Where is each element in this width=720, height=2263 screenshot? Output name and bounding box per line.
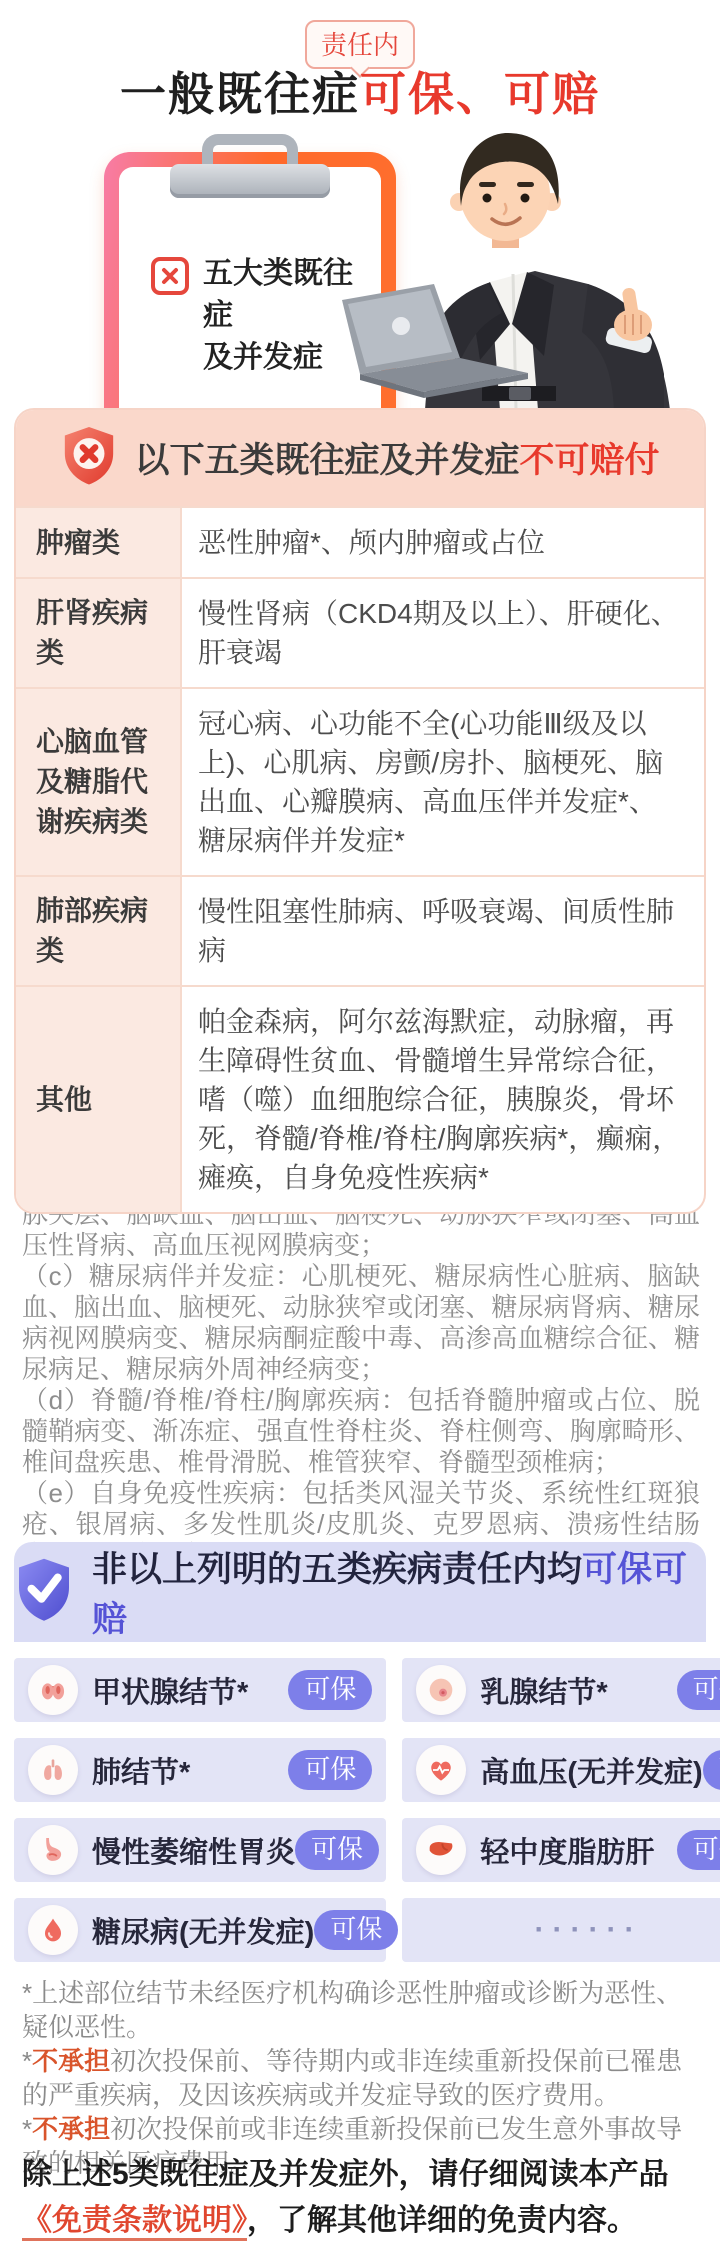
covered-item-label: 轻中度脂肪肝 <box>480 1830 676 1871</box>
row-content: 冠心病、心功能不全(心功能Ⅲ级及以上)、心肌病、房颤/房扑、脑梗死、脑出血、心瓣… <box>182 689 704 875</box>
insurable-badge: 可保 <box>703 1750 720 1790</box>
covered-item: 乳腺结节* 可保 <box>402 1658 720 1722</box>
excluded-conditions-card: 以下五类既往症及并发症不可赔付 肿瘤类 恶性肿瘤*、颅内肿瘤或占位 肝肾疾病类 … <box>14 408 706 1214</box>
footer-disclaimer: 除上述5类既往症及并发症外，请仔细阅读本产品《免责条款说明》，了解其他详细的免责… <box>22 2152 700 2244</box>
footnote: *上述部位结节未经医疗机构确诊恶性肿瘤或诊断为恶性、疑似恶性。 <box>22 1976 700 2044</box>
stomach-icon <box>28 1825 78 1875</box>
definition-item: （c）糖尿病伴并发症：心肌梗死、糖尿病性心脏病、脑缺血、脑出血、脑梗死、动脉狭窄… <box>22 1261 700 1385</box>
page-title-red: 可保、可赔 <box>360 68 600 120</box>
row-content: 帕金森病，阿尔兹海默症，动脉瘤，再生障碍性贫血、骨髓增生异常综合征，嗜（噬）血细… <box>182 987 704 1212</box>
covered-section-header: 非以上列明的五类疾病责任内均可保可赔 <box>14 1542 706 1642</box>
covered-item-label: 甲状腺结节* <box>92 1670 288 1711</box>
insurable-badge: 可保 <box>677 1670 720 1710</box>
table-row: 其他 帕金森病，阿尔兹海默症，动脉瘤，再生障碍性贫血、骨髓增生异常综合征，嗜（噬… <box>16 985 704 1212</box>
shield-x-icon <box>60 424 118 493</box>
row-content: 恶性肿瘤*、颅内肿瘤或占位 <box>182 508 704 577</box>
covered-item-label: 慢性萎缩性胃炎 <box>92 1830 295 1871</box>
insurable-badge: 可保 <box>288 1670 372 1710</box>
thyroid-icon <box>28 1665 78 1715</box>
footer-text-after: ，了解其他详细的免责内容。 <box>247 2204 637 2237</box>
definition-item: （d）脊髓/脊椎/脊柱/胸廓疾病：包括脊髓肿瘤或占位、脱髓鞘病变、渐冻症、强直性… <box>22 1385 700 1478</box>
row-content: 慢性阻塞性肺病、呼吸衰竭、间质性肺病 <box>182 877 704 985</box>
row-category-label: 肝肾疾病类 <box>16 579 182 687</box>
covered-item-label: 糖尿病(无并发症) <box>92 1910 314 1951</box>
scope-badge-label: 责任内 <box>321 30 399 60</box>
insurable-badge: 可保 <box>677 1830 720 1870</box>
not-covered-emphasis: 不承担 <box>32 2114 110 2144</box>
not-covered-emphasis: 不承担 <box>32 2046 110 2076</box>
table-row: 肺部疾病类 慢性阻塞性肺病、呼吸衰竭、间质性肺病 <box>16 875 704 985</box>
blood-drop-icon <box>28 1905 78 1955</box>
breast-icon <box>416 1665 466 1715</box>
exemption-clause-link[interactable]: 《免责条款说明》 <box>22 2204 247 2241</box>
row-category-label: 其他 <box>16 987 182 1212</box>
table-row: 心脑血管及糖脂代谢疾病类 冠心病、心功能不全(心功能Ⅲ级及以上)、心肌病、房颤/… <box>16 687 704 875</box>
heart-icon <box>416 1745 466 1795</box>
clipboard-clip <box>170 134 330 196</box>
insurable-badge: 可保 <box>295 1830 379 1870</box>
footnotes-block: *上述部位结节未经医疗机构确诊恶性肿瘤或诊断为恶性、疑似恶性。 *不承担初次投保… <box>22 1976 700 2180</box>
more-items-ellipsis: ······ <box>402 1898 720 1962</box>
covered-item: 慢性萎缩性胃炎 可保 <box>14 1818 386 1882</box>
page-title: 一般既往症可保、可赔 <box>0 58 720 124</box>
x-checkbox-icon <box>151 257 189 295</box>
shield-check-icon <box>14 1555 74 1630</box>
covered-section-title: 非以上列明的五类疾病责任内均可保可赔 <box>92 1542 706 1642</box>
covered-item: 高血压(无并发症) 可保 <box>402 1738 720 1802</box>
footer-text-before: 除上述5类既往症及并发症外，请仔细阅读本产品 <box>22 2158 669 2191</box>
lung-icon <box>28 1745 78 1795</box>
promo-page: 责任内 一般既往症可保、可赔 五大类既往症 及并发症 <box>0 0 720 2263</box>
footnote: *不承担初次投保前、等待期内或非连续重新投保前已罹患的严重疾病，及因该疾病或并发… <box>22 2044 700 2112</box>
covered-item-label: 乳腺结节* <box>480 1670 676 1711</box>
liver-icon <box>416 1825 466 1875</box>
covered-item: 糖尿病(无并发症) 可保 <box>14 1898 386 1962</box>
insurable-badge: 可保 <box>288 1750 372 1790</box>
covered-item-label: 肺结节* <box>92 1750 288 1791</box>
advisor-illustration <box>330 122 720 410</box>
covered-item: 肺结节* 可保 <box>14 1738 386 1802</box>
covered-item: 甲状腺结节* 可保 <box>14 1658 386 1722</box>
excluded-card-header: 以下五类既往症及并发症不可赔付 <box>16 410 704 506</box>
covered-conditions-grid: 甲状腺结节* 可保 乳腺结节* 可保 肺结节* 可保 高血压(无并发症) 可保 <box>14 1658 706 1962</box>
row-category-label: 心脑血管及糖脂代谢疾病类 <box>16 689 182 875</box>
excluded-card-title: 以下五类既往症及并发症不可赔付 <box>134 433 659 483</box>
row-content: 慢性肾病（CKD4期及以上）、肝硬化、肝衰竭 <box>182 579 704 687</box>
page-title-black: 一般既往症 <box>120 68 360 120</box>
insurable-badge: 可保 <box>314 1910 398 1950</box>
covered-item: 轻中度脂肪肝 可保 <box>402 1818 720 1882</box>
table-row: 肝肾疾病类 慢性肾病（CKD4期及以上）、肝硬化、肝衰竭 <box>16 577 704 687</box>
table-row: 肿瘤类 恶性肿瘤*、颅内肿瘤或占位 <box>16 506 704 577</box>
row-category-label: 肿瘤类 <box>16 508 182 577</box>
covered-item-label: 高血压(无并发症) <box>480 1750 702 1791</box>
hero-section: 责任内 一般既往症可保、可赔 五大类既往症 及并发症 <box>0 0 720 410</box>
row-category-label: 肺部疾病类 <box>16 877 182 985</box>
